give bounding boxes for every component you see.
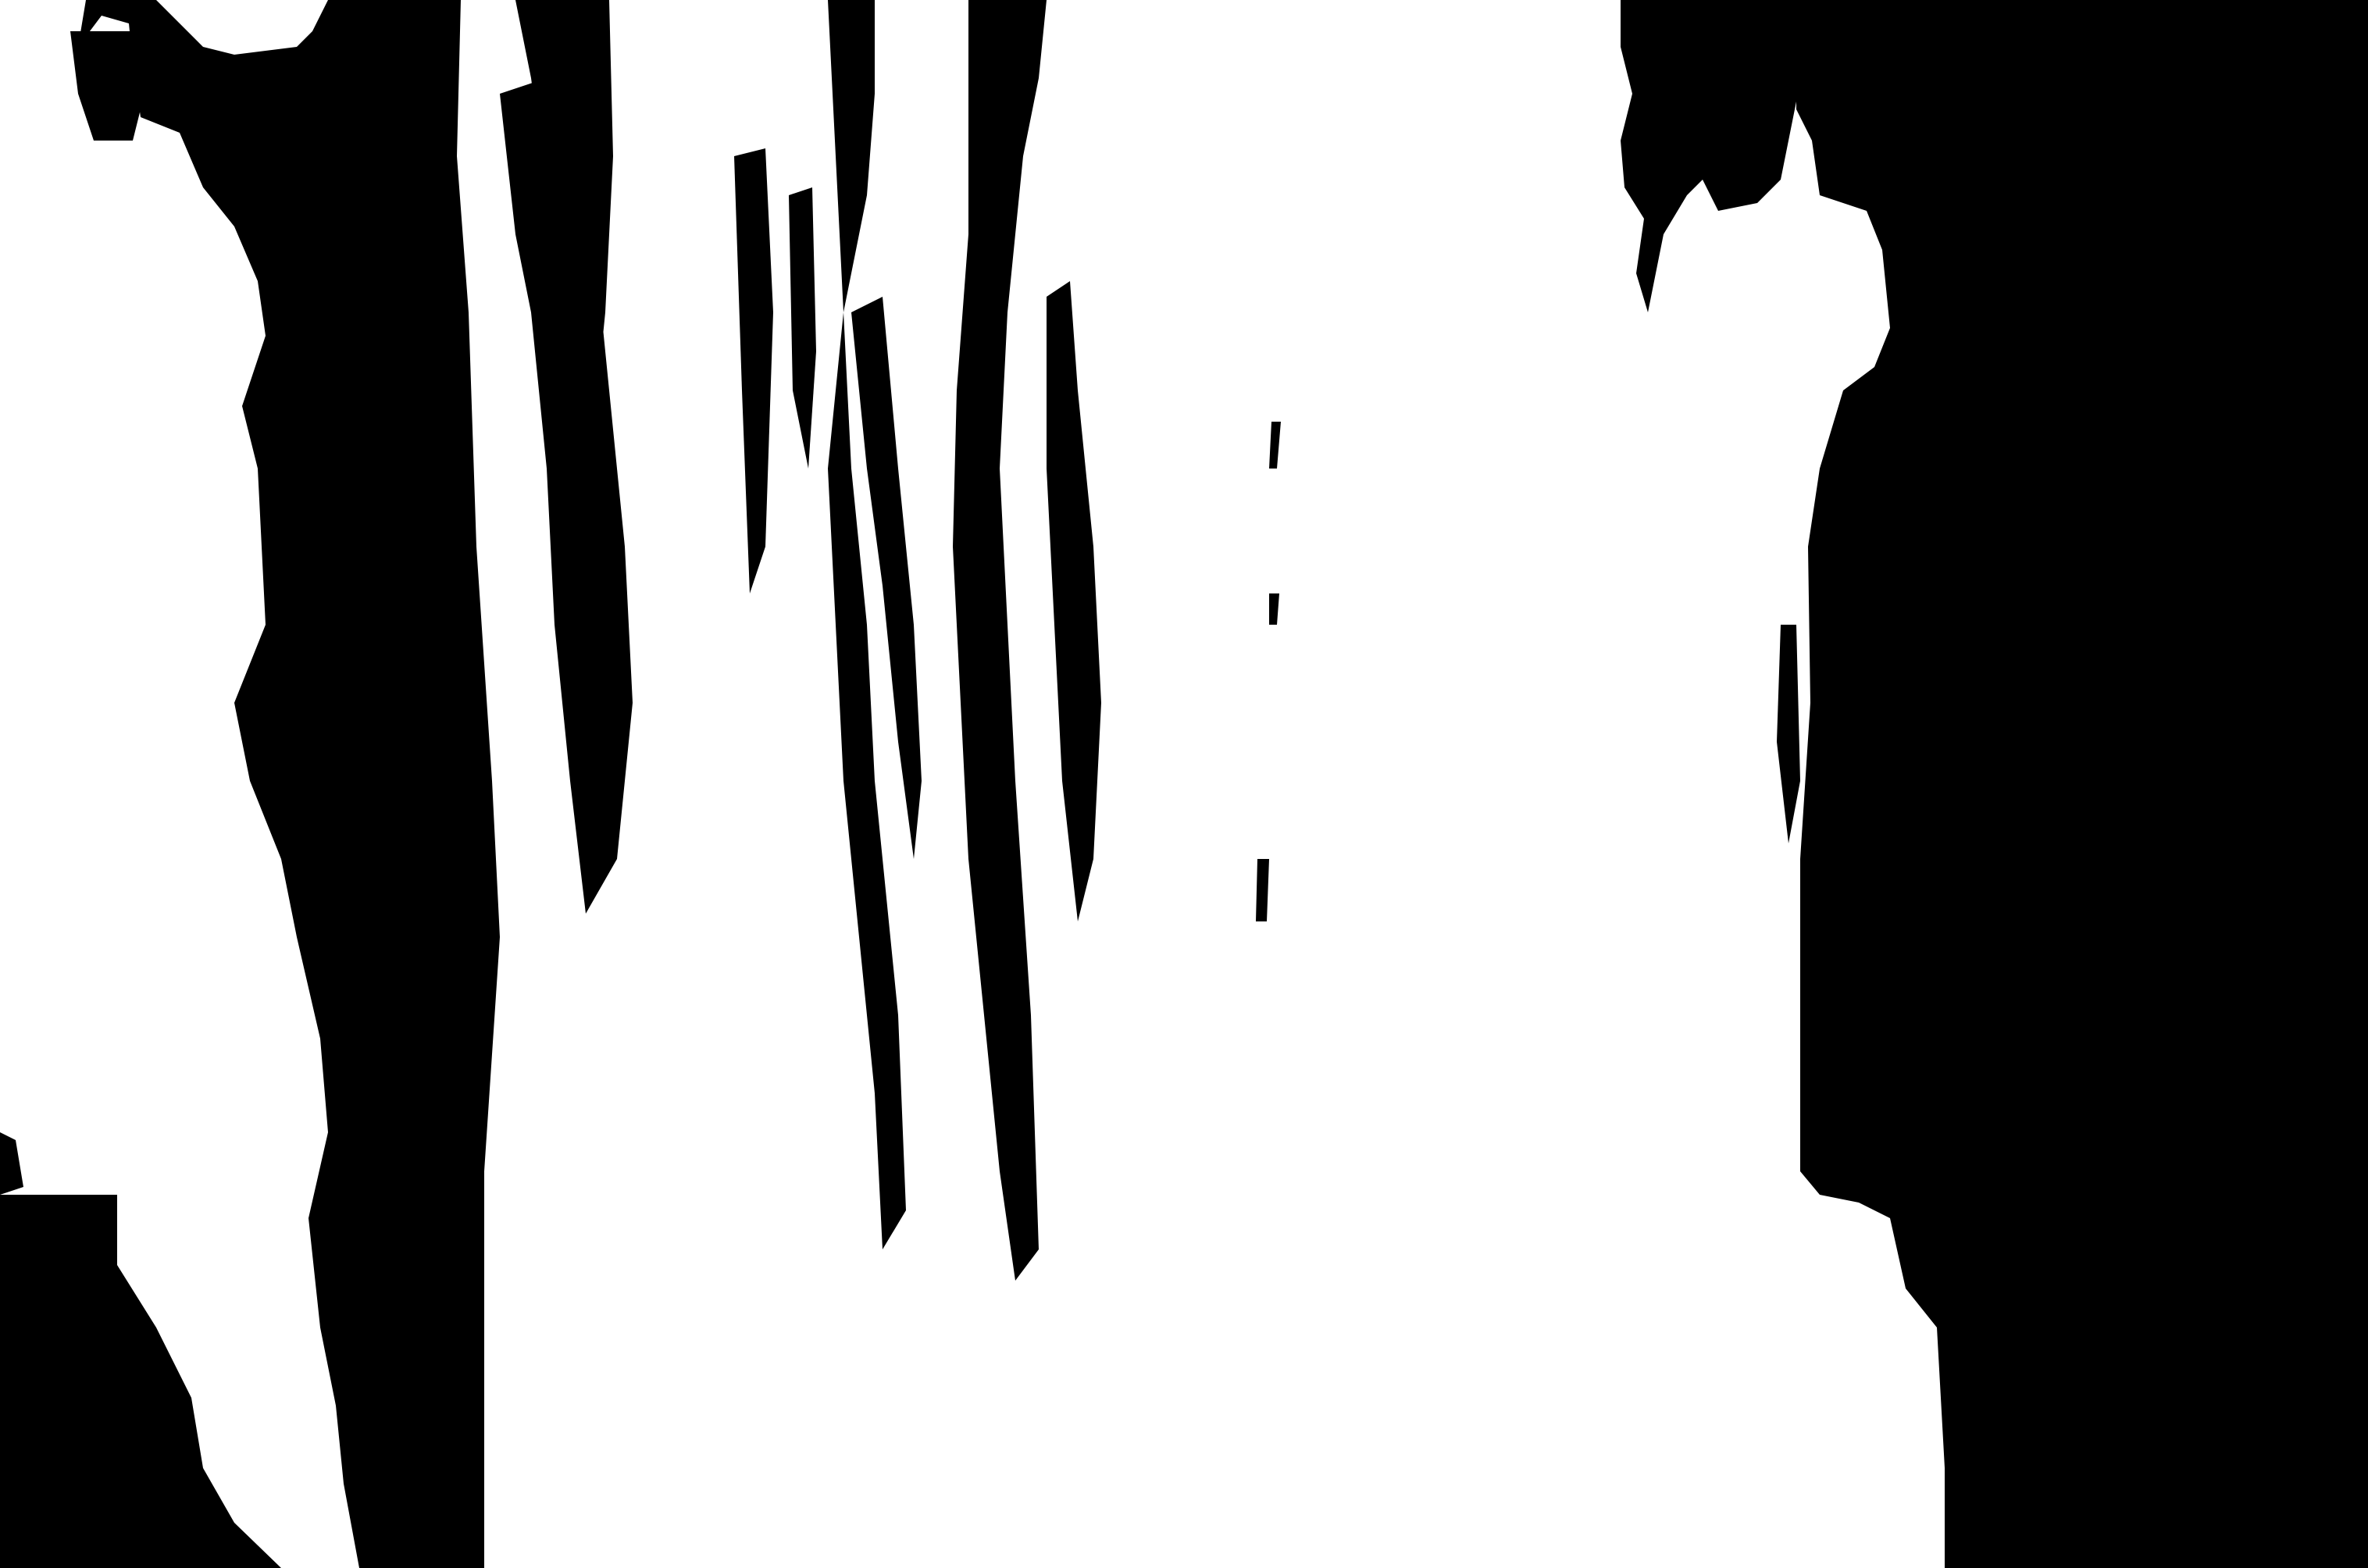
ink-region (1256, 859, 1269, 921)
binarized-texture (0, 0, 2368, 1568)
